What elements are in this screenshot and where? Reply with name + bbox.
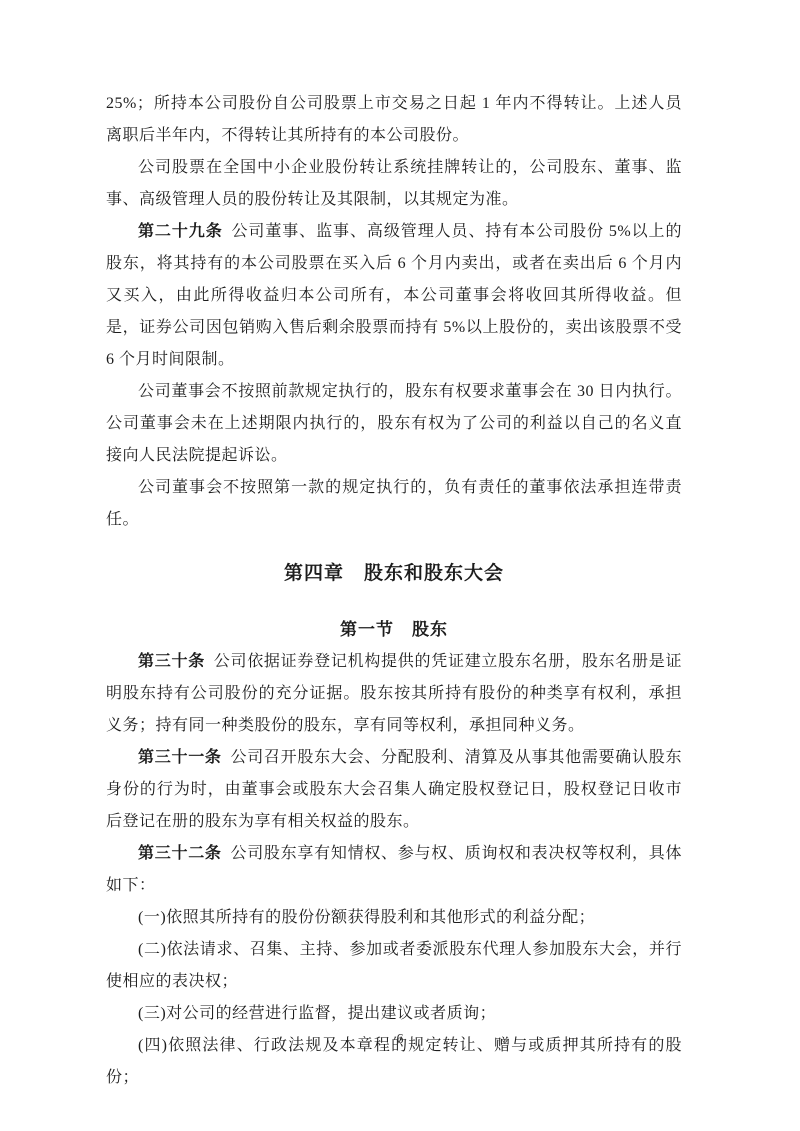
paragraph-text: 公司董事、监事、高级管理人员、持有本公司股份 5%以上的股东，将其持有的本公司股…: [106, 223, 682, 368]
paragraph: 公司股票在全国中小企业股份转让系统挂牌转让的，公司股东、董事、监事、高级管理人员…: [106, 152, 682, 216]
paragraph-text: (三)对公司的经营进行监督，提出建议或者质询；: [138, 1005, 496, 1022]
paragraph: 公司董事会不按照前款规定执行的，股东有权要求董事会在 30 日内执行。公司董事会…: [106, 376, 682, 472]
paragraph-continuation: 25%；所持本公司股份自公司股票上市交易之日起 1 年内不得转让。上述人员离职后…: [106, 88, 682, 152]
list-item-2: (二)依法请求、召集、主持、参加或者委派股东代理人参加股东大会，并行使相应的表决…: [106, 934, 682, 998]
page-number: 6: [0, 1030, 800, 1050]
paragraph-article-31: 第三十一条公司召开股东大会、分配股利、清算及从事其他需要确认股东身份的行为时，由…: [106, 742, 682, 838]
paragraph-text: (一)依照其所持有的股份份额获得股利和其他形式的利益分配；: [138, 909, 595, 926]
paragraph-text: 公司董事会不按照第一款的规定执行的，负有责任的董事依法承担连带责任。: [106, 479, 682, 528]
document-body: 25%；所持本公司股份自公司股票上市交易之日起 1 年内不得转让。上述人员离职后…: [106, 88, 682, 1094]
paragraph-article-29: 第二十九条公司董事、监事、高级管理人员、持有本公司股份 5%以上的股东，将其持有…: [106, 216, 682, 376]
article-number: 第三十一条: [138, 749, 222, 766]
paragraph-article-32: 第三十二条公司股东享有知情权、参与权、质询权和表决权等权利，具体如下：: [106, 838, 682, 902]
paragraph: 公司董事会不按照第一款的规定执行的，负有责任的董事依法承担连带责任。: [106, 472, 682, 536]
list-item-3: (三)对公司的经营进行监督，提出建议或者质询；: [106, 998, 682, 1030]
article-number: 第三十二条: [138, 845, 222, 862]
list-item-1: (一)依照其所持有的股份份额获得股利和其他形式的利益分配；: [106, 902, 682, 934]
paragraph-text: (二)依法请求、召集、主持、参加或者委派股东代理人参加股东大会，并行使相应的表决…: [106, 941, 682, 990]
article-number: 第三十条: [138, 653, 205, 670]
paragraph-text: 公司股票在全国中小企业股份转让系统挂牌转让的，公司股东、董事、监事、高级管理人员…: [106, 159, 682, 208]
chapter-heading: 第四章 股东和股东大会: [106, 558, 682, 590]
paragraph-text: 25%；所持本公司股份自公司股票上市交易之日起 1 年内不得转让。上述人员离职后…: [106, 95, 682, 144]
paragraph-text: 公司董事会不按照前款规定执行的，股东有权要求董事会在 30 日内执行。公司董事会…: [106, 383, 682, 464]
paragraph-article-30: 第三十条公司依据证券登记机构提供的凭证建立股东名册，股东名册是证明股东持有公司股…: [106, 646, 682, 742]
article-number: 第二十九条: [138, 223, 223, 240]
section-heading: 第一节 股东: [106, 614, 682, 646]
document-page: 25%；所持本公司股份自公司股票上市交易之日起 1 年内不得转让。上述人员离职后…: [0, 0, 800, 1131]
